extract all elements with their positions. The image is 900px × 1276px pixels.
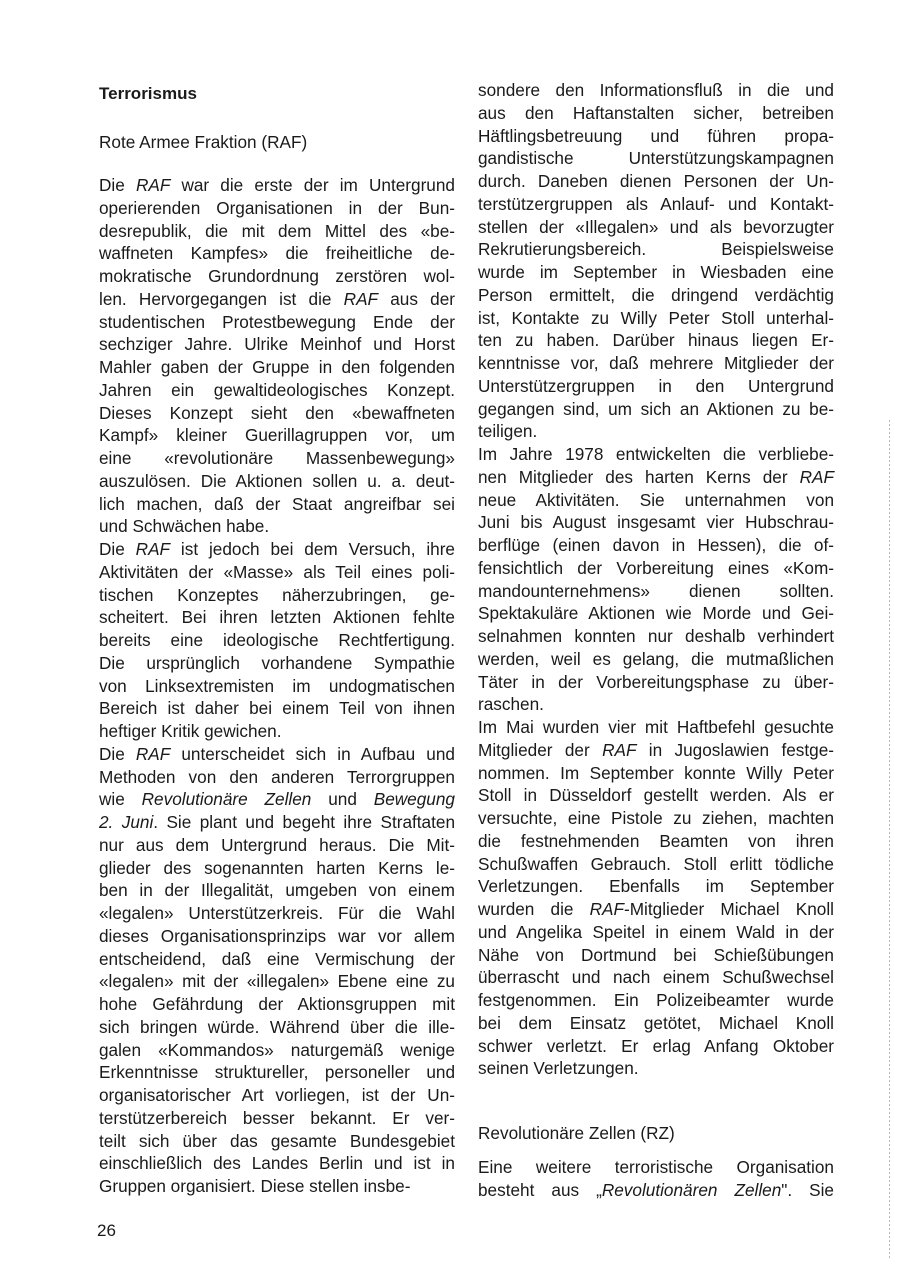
text-line: galen «Kommandos» naturgemäß wenige xyxy=(99,1039,455,1062)
text-line: Verletzungen. Ebenfalls im September xyxy=(478,875,834,898)
text-line: Täter in der Vorbereitungsphase zu über- xyxy=(478,671,834,694)
text-line: festgenommen. Ein Polizeibeamter wurde xyxy=(478,989,834,1012)
text-line: Rekrutierungsbereich. Beispielsweise xyxy=(478,238,834,261)
text-line: dieses Organisationsprinzips war vor all… xyxy=(99,925,455,948)
text-line: Die RAF war die erste der im Untergrund xyxy=(99,174,455,197)
paragraph: Im Mai wurden vier mit Haftbefehl gesuch… xyxy=(478,716,834,1080)
text-line: Eine weitere terroristische Organisation xyxy=(478,1156,834,1179)
text-line: seinen Verletzungen. xyxy=(478,1057,834,1080)
text-line: Dieses Konzept sieht den «bewaffneten xyxy=(99,402,455,425)
text-line: von Linksextremisten im undogmatischen xyxy=(99,675,455,698)
text-line: berflüge (einen davon in Hessen), die of… xyxy=(478,534,834,557)
text-line: Die ursprünglich vorhandene Sympathie xyxy=(99,652,455,675)
text-line: schwer verletzt. Er erlag Anfang Oktober xyxy=(478,1035,834,1058)
text-line: ten zu haben. Darüber hinaus liegen Er- xyxy=(478,329,834,352)
text-line: Mitglieder der RAF in Jugoslawien festge… xyxy=(478,739,834,762)
text-line: bereits eine ideologische Rechtfertigung… xyxy=(99,629,455,652)
text-line: versuchte, eine Pistole zu ziehen, macht… xyxy=(478,807,834,830)
text-line: wurde im September in Wiesbaden eine xyxy=(478,261,834,284)
text-line: stellen der «Illegalen» und als bevorzug… xyxy=(478,216,834,239)
text-line: besteht aus „Revolutionären Zellen". Sie xyxy=(478,1179,834,1202)
text-line: waffneten Kampfes» die freiheitliche de- xyxy=(99,242,455,265)
text-line: nur aus dem Untergrund heraus. Die Mit- xyxy=(99,834,455,857)
text-line: auszulösen. Die Aktionen sollen u. a. de… xyxy=(99,470,455,493)
text-line: sechziger Jahre. Ulrike Meinhof und Hors… xyxy=(99,333,455,356)
text-line: Im Mai wurden vier mit Haftbefehl gesuch… xyxy=(478,716,834,739)
text-line: terstützergruppen als Anlauf- und Kontak… xyxy=(478,193,834,216)
text-line: «legalen» Unterstützerkreis. Für die Wah… xyxy=(99,902,455,925)
text-line: «legalen» mit der «illegalen» Ebene eine… xyxy=(99,970,455,993)
text-line: bei dem Einsatz getötet, Michael Knoll xyxy=(478,1012,834,1035)
text-line: Person ermittelt, die dringend verdächti… xyxy=(478,284,834,307)
text-line: werden, weil es gelang, die mutmaßlichen xyxy=(478,648,834,671)
text-line: aus den Haftanstalten sicher, betreiben xyxy=(478,102,834,125)
text-line: die festnehmenden Beamten von ihren xyxy=(478,830,834,853)
text-line: Aktivitäten der «Masse» als Teil eines p… xyxy=(99,561,455,584)
text-line: Nähe von Dortmund bei Schießübungen xyxy=(478,944,834,967)
page-number: 26 xyxy=(97,1221,116,1241)
subheading-rz: Revolutionäre Zellen (RZ) xyxy=(478,1122,834,1144)
text-line: neue Aktivitäten. Sie unternahmen von xyxy=(478,489,834,512)
text-line: nen Mitglieder des harten Kerns der RAF xyxy=(478,466,834,489)
text-line: glieder des sogenannten harten Kerns le- xyxy=(99,857,455,880)
text-line: und Schwächen habe. xyxy=(99,515,455,538)
text-line: 2. Juni. Sie plant und begeht ihre Straf… xyxy=(99,811,455,834)
text-line: Häftlingsbetreuung und führen propa- xyxy=(478,125,834,148)
paragraph: Im Jahre 1978 entwickelten die verbliebe… xyxy=(478,443,834,716)
text-line: gandistische Unterstützungskampagnen xyxy=(478,147,834,170)
text-line: Die RAF ist jedoch bei dem Versuch, ihre xyxy=(99,538,455,561)
text-line: Bereich ist daher bei einem Teil von ihn… xyxy=(99,697,455,720)
text-line: kenntnisse vor, daß mehrere Mitglieder d… xyxy=(478,352,834,375)
text-line: Spektakuläre Aktionen wie Morde und Gei- xyxy=(478,602,834,625)
text-line: Stoll in Düsseldorf gestellt werden. Als… xyxy=(478,784,834,807)
paragraph: Eine weitere terroristische Organisation… xyxy=(478,1156,834,1202)
text-line: wurden die RAF-Mitglieder Michael Knoll xyxy=(478,898,834,921)
document-page: Terrorismus Rote Armee Fraktion (RAF) Di… xyxy=(0,0,900,1276)
left-column: Terrorismus Rote Armee Fraktion (RAF) Di… xyxy=(99,80,455,1198)
text-line: hohe Gefährdung der Aktionsgruppen mit xyxy=(99,993,455,1016)
text-line: terstützerbereich besser bekannt. Er ver… xyxy=(99,1107,455,1130)
paragraph: Die RAF war die erste der im Untergrundo… xyxy=(99,174,455,538)
text-line: mandounternehmens» dienen sollten. xyxy=(478,580,834,603)
scan-margin-line xyxy=(889,420,890,1260)
text-line: Die RAF unterscheidet sich in Aufbau und xyxy=(99,743,455,766)
text-line: Schußwaffen Gebrauch. Stoll erlitt tödli… xyxy=(478,853,834,876)
text-line: durch. Daneben dienen Personen der Un- xyxy=(478,170,834,193)
text-line: len. Hervorgegangen ist die RAF aus der xyxy=(99,288,455,311)
text-line: nommen. Im September konnte Willy Peter xyxy=(478,762,834,785)
text-line: sich bringen würde. Während über die ill… xyxy=(99,1016,455,1039)
text-line: gegangen sind, um sich an Aktionen zu be… xyxy=(478,398,834,421)
text-line: raschen. xyxy=(478,693,834,716)
text-line: studentischen Protestbewegung Ende der xyxy=(99,311,455,334)
text-line: überrascht und nach einem Schußwechsel xyxy=(478,966,834,989)
text-line: organisatorischer Art vorliegen, ist der… xyxy=(99,1084,455,1107)
paragraph: sondere den Informationsfluß in die unda… xyxy=(478,79,834,443)
text-line: Unterstützergruppen in den Untergrund xyxy=(478,375,834,398)
text-line: operierenden Organisationen in der Bun- xyxy=(99,197,455,220)
text-line: ben in der Illegalität, umgeben von eine… xyxy=(99,879,455,902)
text-line: und Angelika Speitel in einem Wald in de… xyxy=(478,921,834,944)
text-line: Jahren ein gewaltideologisches Konzept. xyxy=(99,379,455,402)
text-line: eine «revolutionäre Massenbewegung» xyxy=(99,447,455,470)
text-line: desrepublik, die mit dem Mittel des «be- xyxy=(99,220,455,243)
text-line: heftiger Kritik gewichen. xyxy=(99,720,455,743)
text-line: selnahmen konnten nur deshalb verhindert xyxy=(478,625,834,648)
text-line: wie Revolutionäre Zellen und Bewegung xyxy=(99,788,455,811)
text-line: tischen Konzeptes näherzubringen, ge- xyxy=(99,584,455,607)
text-line: Erkenntnisse struktureller, personeller … xyxy=(99,1061,455,1084)
section-title: Terrorismus xyxy=(99,83,455,105)
text-line: Mahler gaben der Gruppe in den folgenden xyxy=(99,356,455,379)
text-line: Kampf» kleiner Guerillagruppen vor, um xyxy=(99,424,455,447)
text-line: Methoden von den anderen Terrorgruppen xyxy=(99,766,455,789)
text-line: fensichtlich der Vorbereitung eines «Kom… xyxy=(478,557,834,580)
text-line: sondere den Informationsfluß in die und xyxy=(478,79,834,102)
text-line: einschließlich des Landes Berlin und ist… xyxy=(99,1152,455,1175)
text-line: Im Jahre 1978 entwickelten die verbliebe… xyxy=(478,443,834,466)
text-line: Juni bis August insgesamt vier Hubschrau… xyxy=(478,511,834,534)
text-line: mokratische Grundordnung zerstören wol- xyxy=(99,265,455,288)
text-line: teilt sich über das gesamte Bundesgebiet xyxy=(99,1130,455,1153)
text-line: scheitert. Bei ihren letzten Aktionen fe… xyxy=(99,606,455,629)
text-line: ist, Kontakte zu Willy Peter Stoll unter… xyxy=(478,307,834,330)
text-line: entscheidend, daß eine Vermischung der xyxy=(99,948,455,971)
paragraph: Die RAF unterscheidet sich in Aufbau und… xyxy=(99,743,455,1198)
text-line: Gruppen organisiert. Diese stellen insbe… xyxy=(99,1175,455,1198)
paragraph: Die RAF ist jedoch bei dem Versuch, ihre… xyxy=(99,538,455,743)
subheading-raf: Rote Armee Fraktion (RAF) xyxy=(99,131,455,153)
text-line: lich machen, daß der Staat angreifbar se… xyxy=(99,493,455,516)
text-line: teiligen. xyxy=(478,420,834,443)
right-column: sondere den Informationsfluß in die unda… xyxy=(478,79,834,1202)
